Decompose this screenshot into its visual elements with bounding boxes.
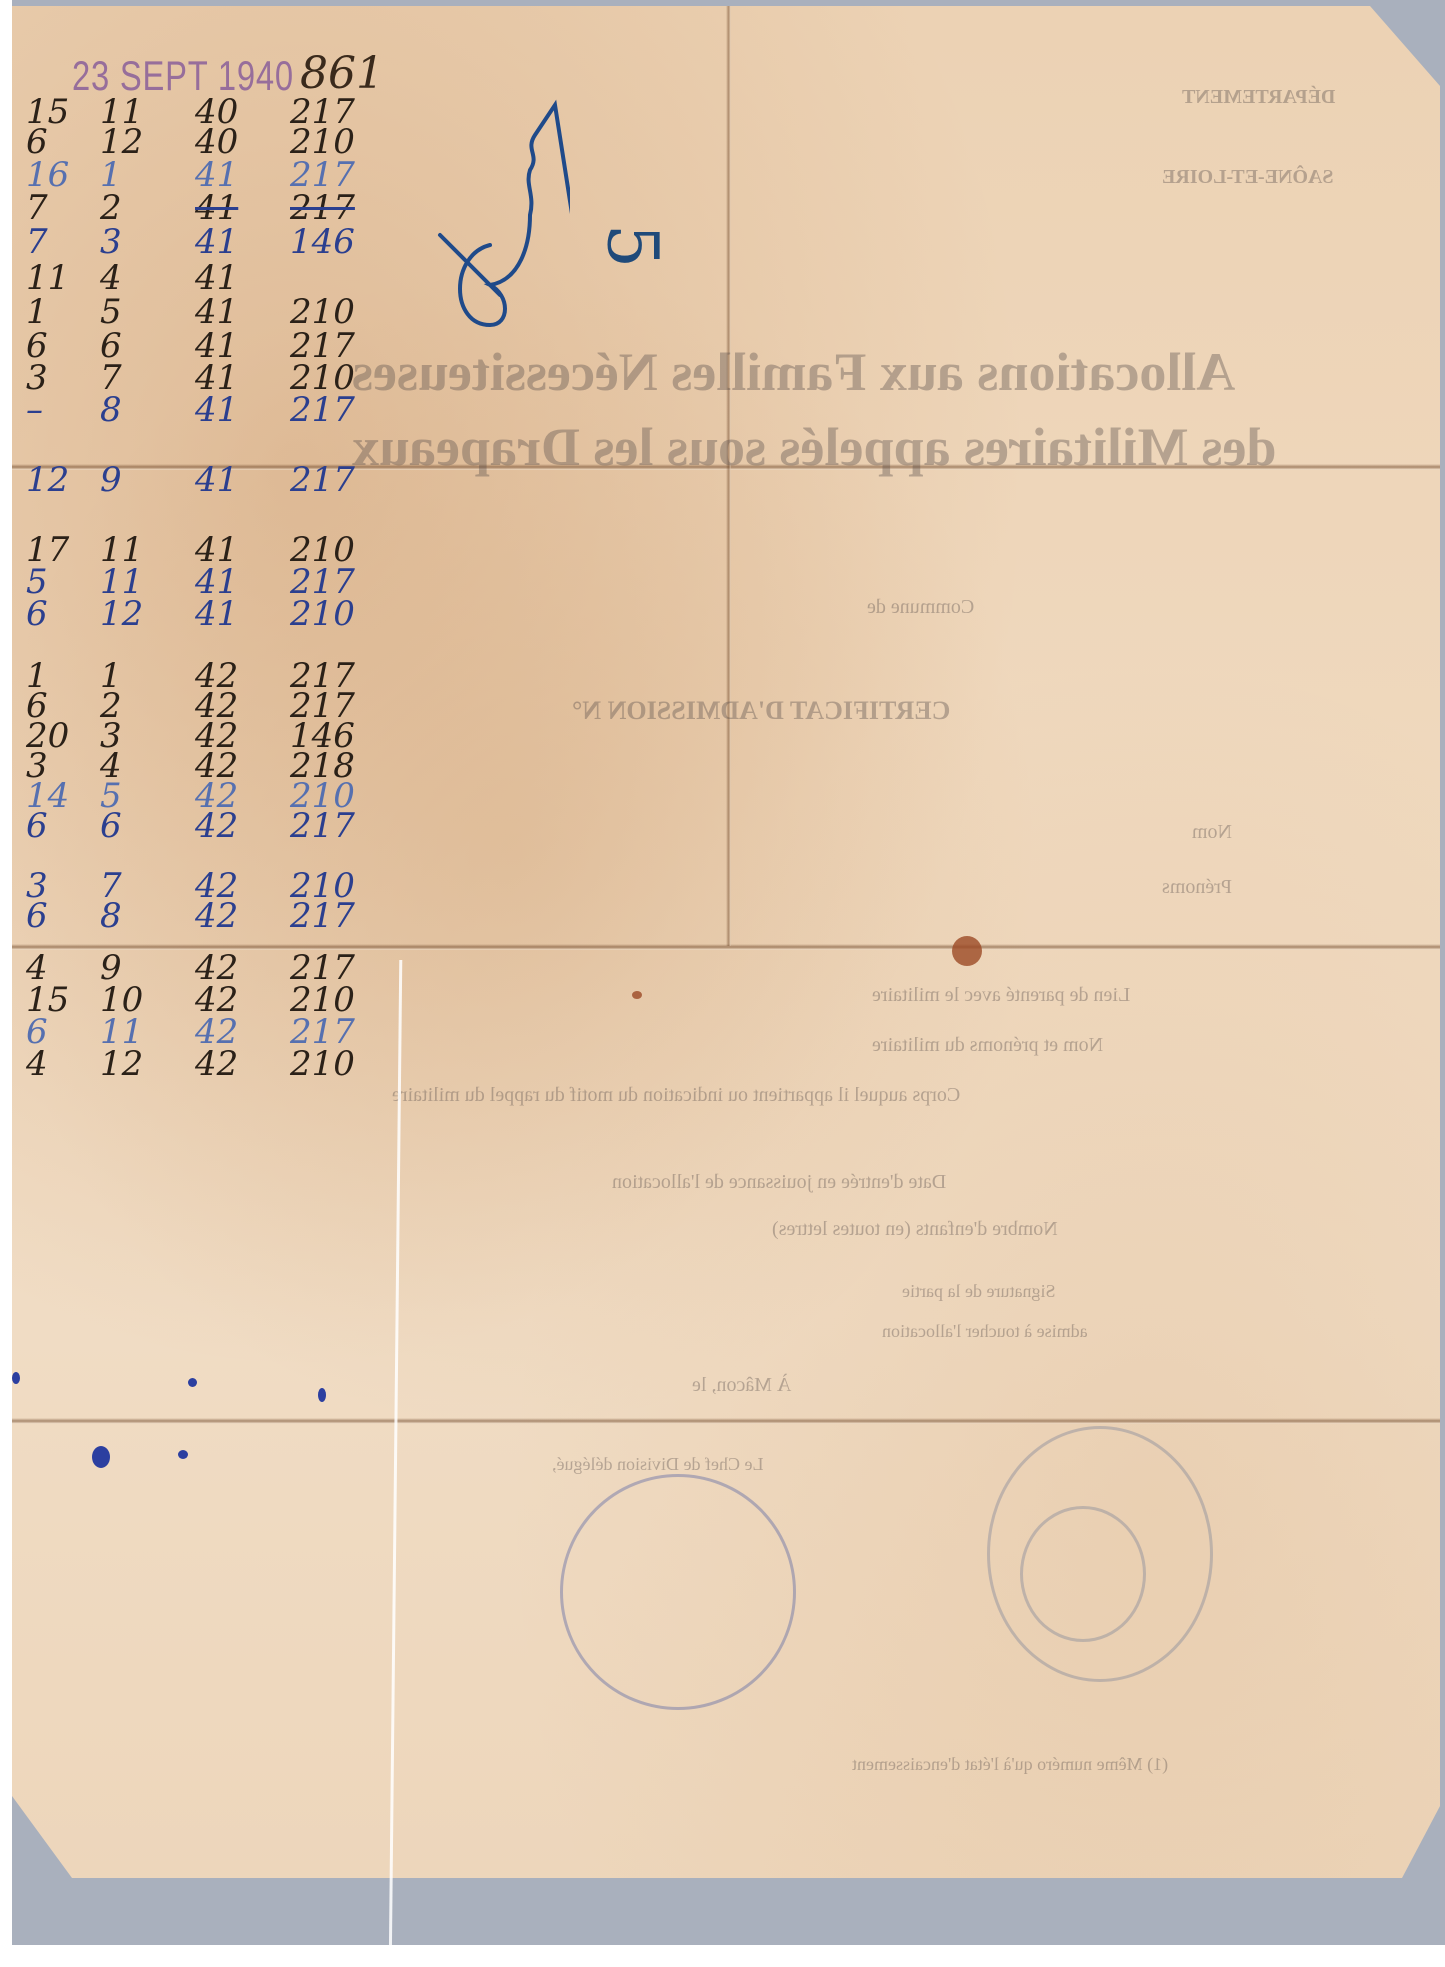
show-through-nom-militaire: Nom et prénoms du militaire (872, 1034, 1103, 1057)
show-through-department-name: SAÔNE-ET-LOIRE (1162, 166, 1334, 189)
show-through-place: À Mâcon, le (692, 1374, 791, 1397)
show-through-date: Date d'entrée en jouissance de l'allocat… (612, 1171, 946, 1194)
stamp-inner-circle (1020, 1506, 1146, 1642)
show-through-title-1: Allocations aux Familles Nécessiteuses (352, 341, 1235, 403)
show-through-footnote: (1) Même numéro qu'à l'état d'encaisseme… (852, 1754, 1168, 1775)
stamp-circle-blue (560, 1474, 796, 1710)
show-through-title-2: des Militaires appelés sous les Drapeaux (352, 416, 1277, 478)
ink-speck (178, 1450, 188, 1459)
ink-speck (92, 1446, 110, 1468)
show-through-corps: Corps auquel il appartient ou indication… (392, 1084, 960, 1107)
show-through-signature-label-1: Signature de la partie (902, 1281, 1055, 1302)
show-through-lien: Lien de parenté avec le militaire (872, 984, 1130, 1007)
ink-speck (318, 1388, 326, 1402)
ink-speck (188, 1378, 197, 1387)
show-through-prenoms: Prénoms (1162, 876, 1232, 899)
margin-mark: 5 (591, 224, 673, 269)
show-through-certificate: CERTIFICAT D'ADMISSION N° (572, 696, 950, 726)
rust-spot (632, 991, 642, 999)
show-through-enfants: Nombre d'enfants (en toutes lettres) (772, 1218, 1058, 1241)
signature-icon (430, 95, 570, 335)
show-through-nom: Nom (1192, 821, 1232, 844)
fold-line (12, 1418, 1440, 1424)
rust-spot (952, 936, 982, 966)
scanner-margin-bottom (0, 1945, 1445, 1967)
show-through-chef: Le Chef de Division délégué, (552, 1454, 763, 1475)
show-through-commune: Commune de (867, 596, 974, 619)
show-through-department: DÉPARTEMENT (1182, 86, 1335, 109)
scanner-margin-left (0, 0, 12, 1967)
ink-speck (12, 1372, 20, 1384)
show-through-signature-label-2: admise à toucher l'allocation (882, 1321, 1088, 1342)
